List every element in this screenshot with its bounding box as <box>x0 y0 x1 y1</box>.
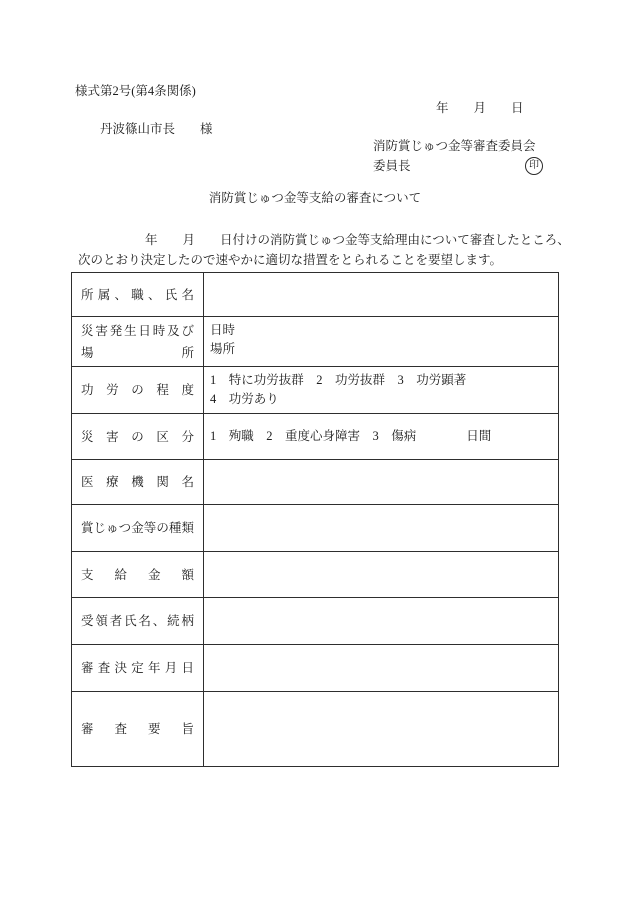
row-value-payment-amount <box>204 552 558 597</box>
row-label: 審査要旨 <box>72 692 204 766</box>
committee-name: 消防賞じゅつ金等審査委員会 <box>373 139 536 154</box>
table-row-recipient: 受領者氏名、続柄 <box>72 597 558 644</box>
table-row-disaster-datetime-place: 災害発生日時及び 場所 日時 場所 <box>72 316 558 366</box>
row-value-merit-options: 1 特に功労抜群 2 功労抜群 3 功労顕著 4 功労あり <box>204 367 558 413</box>
document-title: 消防賞じゅつ金等支給の審査について <box>0 191 630 206</box>
addressee-line: 丹波篠山市長 様 <box>100 122 213 137</box>
row-value-recipient <box>204 598 558 644</box>
chairman-line: 委員長 印 <box>373 157 543 175</box>
row-label: 功労の程度 <box>72 367 204 413</box>
row-label: 災害発生日時及び 場所 <box>72 317 204 366</box>
row-value-affiliation <box>204 273 558 316</box>
row-label: 所属、職、氏名 <box>72 273 204 316</box>
value-datetime-label: 日時 <box>210 321 552 340</box>
merit-options-line-1: 1 特に功労抜群 2 功労抜群 3 功労顕著 <box>210 371 552 390</box>
body-paragraph-line-2: 次のとおり決定したので速やかに適切な措置をとられることを要望します。 <box>78 250 550 270</box>
row-label: 支給金額 <box>72 552 204 597</box>
table-row-payment-amount: 支給金額 <box>72 551 558 597</box>
table-row-review-summary: 審査要旨 <box>72 691 558 766</box>
table-row-decision-date: 審査決定年月日 <box>72 644 558 691</box>
table-row-award-type: 賞じゅつ金等の種類 <box>72 504 558 551</box>
row-value-category-options: 1 殉職 2 重度心身障害 3 傷病 日間 <box>204 414 558 459</box>
body-paragraph-line-1: 年 月 日付けの消防賞じゅつ金等支給理由について審査したところ、 <box>78 230 550 250</box>
form-number-note: 様式第2号(第4条関係) <box>75 84 196 99</box>
body-paragraph: 年 月 日付けの消防賞じゅつ金等支給理由について審査したところ、 次のとおり決定… <box>78 230 550 270</box>
chairman-label: 委員長 <box>373 159 411 174</box>
value-place-label: 場所 <box>210 340 552 359</box>
table-row-merit-degree: 功労の程度 1 特に功労抜群 2 功労抜群 3 功労顕著 4 功労あり <box>72 366 558 413</box>
row-label: 災害の区分 <box>72 414 204 459</box>
seal-stamp-icon: 印 <box>525 157 543 175</box>
row-label: 医療機関名 <box>72 460 204 504</box>
row-label: 賞じゅつ金等の種類 <box>72 505 204 551</box>
row-value-award-type <box>204 505 558 551</box>
row-value-medical-institution <box>204 460 558 504</box>
table-row-medical-institution: 医療機関名 <box>72 459 558 504</box>
row-value-review-summary <box>204 692 558 766</box>
category-options-line: 1 殉職 2 重度心身障害 3 傷病 日間 <box>210 427 552 446</box>
date-line: 年 月 日 <box>436 101 524 116</box>
row-value-datetime-place: 日時 場所 <box>204 317 558 366</box>
table-row-affiliation: 所属、職、氏名 <box>72 273 558 316</box>
review-table: 所属、職、氏名 災害発生日時及び 場所 日時 場所 功労の程度 1 特に功労抜群… <box>71 272 559 767</box>
row-label: 審査決定年月日 <box>72 645 204 691</box>
row-label: 受領者氏名、続柄 <box>72 598 204 644</box>
merit-options-line-2: 4 功労あり <box>210 390 552 409</box>
table-row-disaster-category: 災害の区分 1 殉職 2 重度心身障害 3 傷病 日間 <box>72 413 558 459</box>
row-value-decision-date <box>204 645 558 691</box>
